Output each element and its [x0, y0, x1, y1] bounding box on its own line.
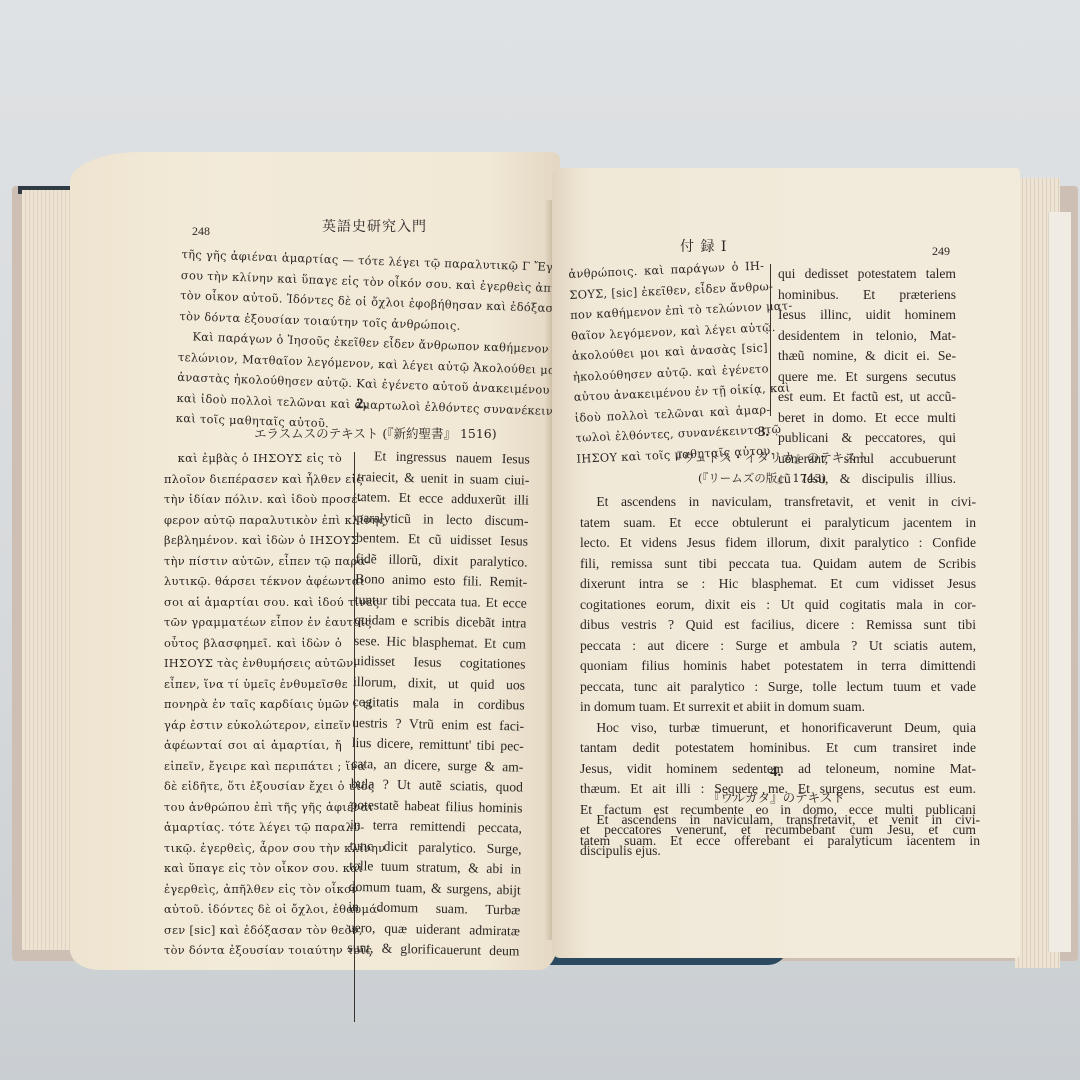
text-line: beret in domo. Et ecce multi	[778, 408, 956, 429]
text-line: αὐτοῦ. ἰδόντες δὲ οἱ ὄχλοι, ἐθαυμά-	[164, 899, 342, 920]
text-line: Et ascendens in naviculam, transfretavit…	[580, 810, 980, 831]
text-line: τικῷ. ἐγερθεὶς, ἆρον σου τὴν κλίνην	[164, 838, 342, 859]
text-line: in terra remittendi peccata,	[350, 815, 522, 839]
text-line: cogitatis mala in cordibus	[352, 692, 524, 716]
text-line: τὴν πίστιν αὐτῶν, εἶπεν τῷ παρα-	[164, 551, 342, 572]
bookmark-slip	[1048, 212, 1071, 952]
text-line: lecto. Et videns Jesus fidem illorum, di…	[580, 533, 976, 554]
text-line: πονηρὰ ἐν ταῖς καρδίαις ὑμῶν ; τί	[164, 694, 342, 715]
section-title: 『ウルガタ』のテキスト	[708, 788, 845, 806]
text-line: tolle tuum stratum, & abi in	[349, 856, 521, 880]
page-number: 249	[932, 244, 950, 259]
text-line: σοι αἱ ἁμαρτίαι σου. καὶ ἰδού τινες	[164, 592, 342, 613]
text-line: καὶ ἐμβὰς ὁ ΙΗΣΟΥΣ εἰς τὸ	[164, 448, 342, 469]
text-line: qui dedisset potestatem talem	[778, 264, 956, 285]
text-line: sunt, & glorificauerunt deum	[347, 938, 519, 962]
text-line: σεν [sic] καὶ ἐδόξασαν τὸν θεὸν,	[164, 920, 342, 941]
text-line: peccata, tunc ait paralytico : Surge, to…	[580, 677, 976, 698]
text-line: cogitationes eorum, dixit eis : Ut quid …	[580, 595, 976, 616]
text-line: γάρ ἐστιν εὐκολώτερον, εἰπεῖν	[164, 715, 342, 736]
text-line: uidisset Iesus cogitationes	[353, 651, 525, 675]
text-line: hominibus. Et præteriens	[778, 285, 956, 306]
text-line: dibus vestris ? Quid est facilius, dicer…	[580, 615, 976, 636]
running-head: 付 録 I	[680, 236, 727, 256]
page-number: 248	[192, 224, 210, 239]
text-line: quidam e scribis dicebãt intra	[354, 610, 526, 634]
text-line: οὗτος βλασφημεῖ. καὶ ἰδὼν ὁ	[164, 633, 342, 654]
text-line: desidentem in telonio, Mat-	[778, 326, 956, 347]
left-page: 248 英語史研究入門 τῆς γῆς ἀφιέναι ἁμαρτίας — τ…	[70, 152, 560, 970]
text-line: εἶπεν, ἵνα τί ὑμεῖς ἐνθυμεῖσθε	[164, 674, 342, 695]
text-line: λυτικῷ. θάρσει τέκνον ἀφέωνταί	[164, 571, 342, 592]
text-line: in domum tuam. Et surrexit et abiit in d…	[580, 697, 976, 718]
text-line: τῶν γραμματέων εἶπον ἐν ἑαυτοῖς	[164, 612, 342, 633]
section-number: 4.	[770, 764, 781, 781]
section-subtitle: (『リームズの版』 1743)	[698, 470, 826, 486]
text-line: lius dicere, remittunt' tibi pec-	[352, 733, 524, 757]
text-line: Iesus illinc, uidit hominem	[778, 305, 956, 326]
text-line: τὸν δόντα ἐξουσίαν τοιαύτην τοῖς	[164, 940, 342, 961]
text-line: Hoc viso, turbæ timuerunt, et honorifica…	[580, 718, 976, 739]
greek-column: καὶ ἐμβὰς ὁ ΙΗΣΟΥΣ εἰς τὸπλοῖον διεπέρασ…	[164, 448, 342, 961]
text-line: dixerunt intra se : Hic blasphemat. Et c…	[580, 574, 976, 595]
text-line: publicani & peccatores, qui	[778, 428, 956, 449]
text-line: Et ascendens in naviculam, transfretavit…	[580, 492, 976, 513]
section-title: エラスムスのテキスト (『新約聖書』 1516)	[254, 424, 497, 442]
text-line: tatem suam. Et ecce offerebant ei paraly…	[580, 831, 980, 852]
text-line: δὲ εἰδῆτε, ὅτι ἐξουσίαν ἔχει ὁ υἱὸς	[164, 776, 342, 797]
text-line: τὴν ἰδίαν πόλιν. καὶ ἰδοὺ προσέ-	[164, 489, 342, 510]
section-title: 『ウェトス・イタリカ』のテキスト	[670, 448, 869, 466]
text-line: bula ? Ut autẽ sciatis, quod	[351, 774, 523, 798]
text-line: φερον αὐτῷ παραλυτικὸν ἐπὶ κλίνης	[164, 510, 342, 531]
text-line: του ἀνθρώπου ἐπὶ τῆς γῆς ἀφιέναι	[164, 797, 342, 818]
text-line: καὶ ὕπαγε εἰς τὸν οἶκον σου. καὶ	[164, 858, 342, 879]
text-line: ἀφέωνταί σοι αἱ ἁμαρτίαι, ἤ	[164, 735, 342, 756]
text-line: quere me. Et surgens secutus	[778, 367, 956, 388]
text-line: εἰπεῖν, ἔγειρε καὶ περιπάτει ; ἵνα	[164, 756, 342, 777]
text-line: ἁμαρτίας. τότε λέγει τῷ παραλυ-	[164, 817, 342, 838]
latin-column: Et ingressus nauem Iesustraiecit, & ueni…	[347, 446, 530, 962]
text-line: bentem. Et cũ uidisset Iesus	[356, 528, 528, 552]
text-line: Bono animo esto fili. Remit-	[355, 569, 527, 593]
running-head: 英語史研究入門	[322, 216, 427, 236]
text-line: est eum. Et factũ est, ut accũ-	[778, 387, 956, 408]
text-line: tatem suam. Et ecce obtulerunt ei paraly…	[580, 513, 976, 534]
section-4-text: Et ascendens in naviculam, transfretavit…	[580, 810, 980, 851]
text-line: in domum suam. Turbæ	[348, 897, 520, 921]
section-number: 2.	[356, 396, 367, 413]
section-number: 3.	[758, 424, 769, 441]
column-divider	[770, 264, 771, 416]
text-line: ἐγερθεὶς, ἀπῆλθεν εἰς τὸν οἶκον	[164, 879, 342, 900]
text-line: ΙΗΣΟΥΣ τὰς ἐνθυμήσεις αὐτῶν,	[164, 653, 342, 674]
text-line: tatem. Et ecce adduxerũt illi	[357, 487, 529, 511]
text-line: πλοῖον διεπέρασεν καὶ ἦλθεν εἰς	[164, 469, 342, 490]
text-line: βεβλημένον. καὶ ἰδὼν ὁ ΙΗΣΟΥΣ	[164, 530, 342, 551]
text-line: Et ingressus nauem Iesus	[358, 446, 530, 470]
text-line: fili, remissa sunt tibi peccata tua. Qui…	[580, 554, 976, 575]
text-line: thæũ nomine, & dicit ei. Se-	[778, 346, 956, 367]
text-line: tantam dedit potestatem hominibus. Et cu…	[580, 738, 976, 759]
text-line: peccata : aut dicere : Surge et ambula ?…	[580, 636, 976, 657]
right-page: 付 録 I 249 ἀνθρώποις. καὶ παράγων ὁ ΙΗ-ΣΟ…	[552, 168, 1020, 958]
text-line: quoniam filius hominis habet potestatem …	[580, 656, 976, 677]
greek-column: ἀνθρώποις. καὶ παράγων ὁ ΙΗ-ΣΟΥΣ, [sic] …	[568, 255, 773, 468]
